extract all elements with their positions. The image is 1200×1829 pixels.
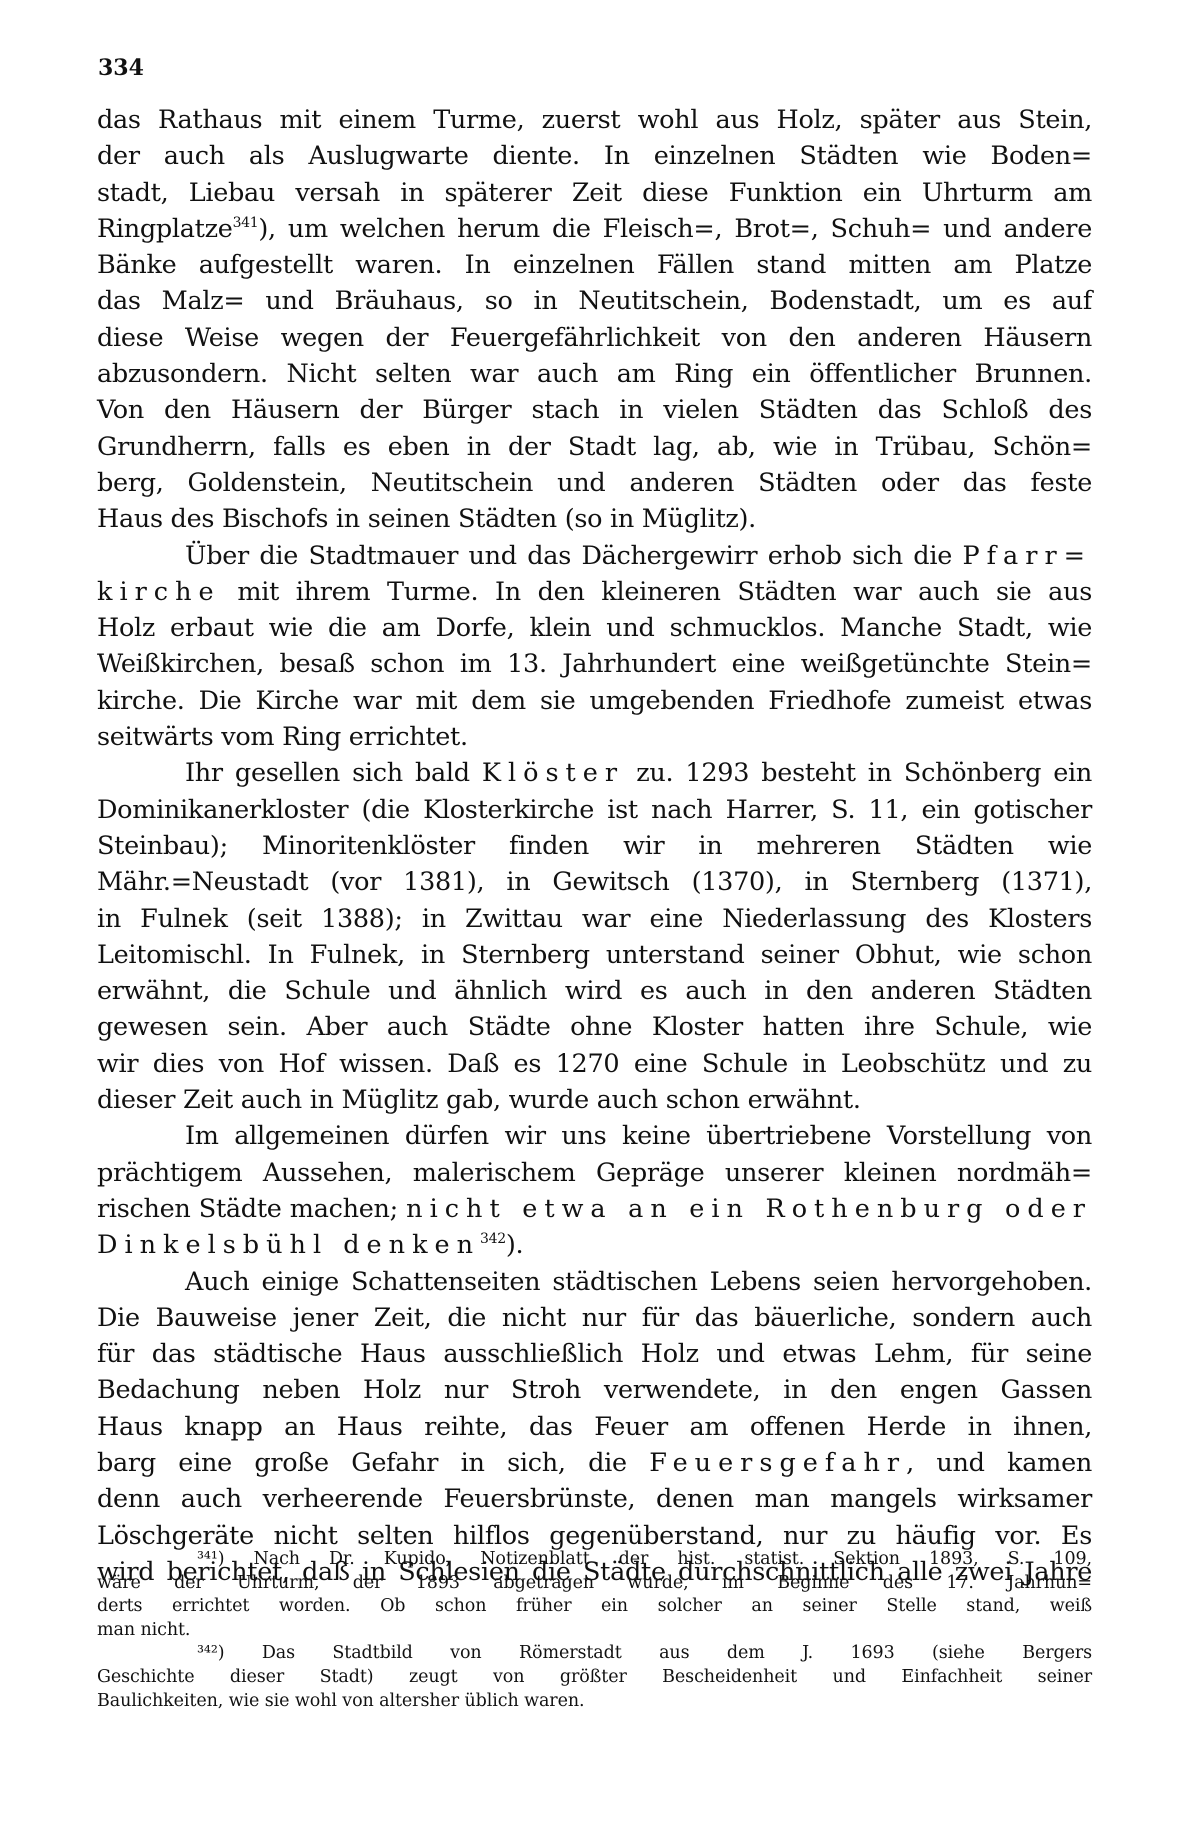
emphasized-text: Feuersgefahr <box>649 1448 906 1478</box>
text-line: Ihr gesellen sich bald Klöster zu. 1293 … <box>97 755 1092 791</box>
line-text: , und kamen <box>906 1448 1092 1478</box>
footnote-reference: 341 <box>233 215 259 231</box>
text-line: Dinkelsbühl denken342). <box>97 1227 1092 1263</box>
line-text: Bedachung neben Holz nur Stroh verwendet… <box>97 1375 1092 1405</box>
text-line: wir dies von Hof wissen. Daß es 1270 ein… <box>97 1046 1092 1082</box>
text-line: Ringplatze341), um welchen herum die Fle… <box>97 211 1092 247</box>
line-text: Haus knapp an Haus reihte, das Feuer am … <box>97 1412 1092 1442</box>
line-text: Löschgeräte nicht selten hilflos gegenüb… <box>97 1521 1092 1551</box>
footnote-reference: 342 <box>480 1231 506 1247</box>
line-text: Ihr gesellen sich bald <box>185 758 482 788</box>
emphasized-text: Klöster <box>482 758 624 788</box>
text-line: barg eine große Gefahr in sich, die Feue… <box>97 1445 1092 1481</box>
line-text: Die Bauweise jener Zeit, die nicht nur f… <box>97 1303 1092 1333</box>
text-line: Dominikanerkloster (die Klosterkirche is… <box>97 792 1092 828</box>
text-line: Mähr.=Neustadt (vor 1381), in Gewitsch (… <box>97 864 1092 900</box>
line-text: Steinbau); Minoritenklöster finden wir i… <box>97 831 1092 861</box>
line-text: gewesen sein. Aber auch Städte ohne Klos… <box>97 1012 1092 1042</box>
line-text: Auch einige Schattenseiten städtischen L… <box>185 1267 1092 1297</box>
line-text: stadt, Liebau versah in späterer Zeit di… <box>97 178 1092 208</box>
emphasized-text: kirche <box>97 577 221 607</box>
text-line: dieser Zeit auch in Müglitz gab, wurde a… <box>97 1082 1092 1118</box>
text-line: für das städtische Haus ausschließlich H… <box>97 1336 1092 1372</box>
text-line: das Rathaus mit einem Turme, zuerst wohl… <box>97 102 1092 138</box>
text-line: kirche mit ihrem Turme. In den kleineren… <box>97 574 1092 610</box>
line-text: das Malz= und Bräuhaus, so in Neutitsche… <box>97 286 1092 316</box>
text-line: Auch einige Schattenseiten städtischen L… <box>97 1264 1092 1300</box>
text-line: Von den Häusern der Bürger stach in viel… <box>97 392 1092 428</box>
line-text: in Fulnek (seit 1388); in Zwittau war ei… <box>97 904 1092 934</box>
text-line: Haus knapp an Haus reihte, das Feuer am … <box>97 1409 1092 1445</box>
line-text: Weißkirchen, besaß schon im 13. Jahrhund… <box>97 649 1092 679</box>
line-text: denn auch verheerende Feuersbrünste, den… <box>97 1484 1092 1514</box>
line-text: Mähr.=Neustadt (vor 1381), in Gewitsch (… <box>97 867 1092 897</box>
text-line: seitwärts vom Ring errichtet. <box>97 719 1092 755</box>
line-text: dieser Zeit auch in Müglitz gab, wurde a… <box>97 1085 861 1115</box>
emphasized-text: nicht etwa an ein Rothenburg oder <box>406 1194 1092 1224</box>
page-number: 334 <box>98 55 144 81</box>
text-line: Die Bauweise jener Zeit, die nicht nur f… <box>97 1300 1092 1336</box>
text-line: Weißkirchen, besaß schon im 13. Jahrhund… <box>97 646 1092 682</box>
footnote-line: Baulichkeiten, wie sie wohl von altershe… <box>97 1690 1092 1714</box>
text-line: Steinbau); Minoritenklöster finden wir i… <box>97 828 1092 864</box>
line-text: Grundherrn, falls es eben in der Stadt l… <box>97 432 1092 462</box>
emphasized-text: Pfarr= <box>962 541 1092 571</box>
line-text: zu. 1293 besteht in Schönberg ein <box>624 758 1092 788</box>
line-text: rischen Städte machen; <box>97 1194 406 1224</box>
text-line: kirche. Die Kirche war mit dem sie umgeb… <box>97 683 1092 719</box>
text-line: gewesen sein. Aber auch Städte ohne Klos… <box>97 1009 1092 1045</box>
line-text: das Rathaus mit einem Turme, zuerst wohl… <box>97 105 1092 135</box>
text-line: erwähnt, die Schule und ähnlich wird es … <box>97 973 1092 1009</box>
body-text: das Rathaus mit einem Turme, zuerst wohl… <box>97 102 1092 1590</box>
line-text: ), um welchen herum die Fleisch=, Brot=,… <box>258 214 1092 244</box>
line-text: seitwärts vom Ring errichtet. <box>97 722 468 752</box>
text-line: Im allgemeinen dürfen wir uns keine über… <box>97 1118 1092 1154</box>
line-text: Ringplatze <box>97 214 233 244</box>
line-text: Bänke aufgestellt waren. In einzelnen Fä… <box>97 250 1092 280</box>
line-text: mit ihrem Turme. In den kleineren Städte… <box>221 577 1092 607</box>
text-line: der auch als Auslugwarte diente. In einz… <box>97 138 1092 174</box>
line-text: berg, Goldenstein, Neutitschein und ande… <box>97 468 1092 498</box>
line-text: abzusondern. Nicht selten war auch am Ri… <box>97 359 1092 389</box>
text-line: abzusondern. Nicht selten war auch am Ri… <box>97 356 1092 392</box>
line-text: barg eine große Gefahr in sich, die <box>97 1448 649 1478</box>
text-line: stadt, Liebau versah in späterer Zeit di… <box>97 175 1092 211</box>
text-line: denn auch verheerende Feuersbrünste, den… <box>97 1481 1092 1517</box>
line-text: Leitomischl. In Fulnek, in Sternberg unt… <box>97 940 1092 970</box>
line-text: ). <box>506 1230 523 1260</box>
footnote-line: man nicht. <box>97 1619 1092 1643</box>
line-text: für das städtische Haus ausschließlich H… <box>97 1339 1092 1369</box>
text-line: Grundherrn, falls es eben in der Stadt l… <box>97 429 1092 465</box>
text-line: Bedachung neben Holz nur Stroh verwendet… <box>97 1372 1092 1408</box>
line-text: Dominikanerkloster (die Klosterkirche is… <box>97 795 1092 825</box>
text-line: Über die Stadtmauer und das Dächergewirr… <box>97 538 1092 574</box>
text-line: rischen Städte machen; nicht etwa an ein… <box>97 1191 1092 1227</box>
text-line: das Malz= und Bräuhaus, so in Neutitsche… <box>97 283 1092 319</box>
text-line: in Fulnek (seit 1388); in Zwittau war ei… <box>97 901 1092 937</box>
emphasized-text: Dinkelsbühl denken <box>97 1230 480 1260</box>
line-text: Von den Häusern der Bürger stach in viel… <box>97 395 1092 425</box>
footnote-line: wäre der Uhrturm, der 1893 abgetragen wu… <box>97 1572 1092 1596</box>
footnote-line: ³⁴²) Das Stadtbild von Römerstadt aus de… <box>97 1642 1092 1666</box>
footnotes: ³⁴¹) Nach Dr. Kupido, Notizenblatt der h… <box>97 1548 1092 1713</box>
text-line: diese Weise wegen der Feuergefährlichkei… <box>97 320 1092 356</box>
footnote-line: derts errichtet worden. Ob schon früher … <box>97 1595 1092 1619</box>
footnote-line: Geschichte dieser Stadt) zeugt von größt… <box>97 1666 1092 1690</box>
line-text: erwähnt, die Schule und ähnlich wird es … <box>97 976 1092 1006</box>
text-line: prächtigem Aussehen, malerischem Gepräge… <box>97 1155 1092 1191</box>
line-text: Über die Stadtmauer und das Dächergewirr… <box>185 541 962 571</box>
line-text: der auch als Auslugwarte diente. In einz… <box>97 141 1092 171</box>
text-line: berg, Goldenstein, Neutitschein und ande… <box>97 465 1092 501</box>
text-line: Leitomischl. In Fulnek, in Sternberg unt… <box>97 937 1092 973</box>
text-line: Haus des Bischofs in seinen Städten (so … <box>97 501 1092 537</box>
line-text: kirche. Die Kirche war mit dem sie umgeb… <box>97 686 1092 716</box>
footnote-line: ³⁴¹) Nach Dr. Kupido, Notizenblatt der h… <box>97 1548 1092 1572</box>
text-line: Holz erbaut wie die am Dorfe, klein und … <box>97 610 1092 646</box>
line-text: diese Weise wegen der Feuergefährlichkei… <box>97 323 1092 353</box>
line-text: Holz erbaut wie die am Dorfe, klein und … <box>97 613 1092 643</box>
line-text: prächtigem Aussehen, malerischem Gepräge… <box>97 1158 1092 1188</box>
line-text: Im allgemeinen dürfen wir uns keine über… <box>185 1121 1092 1151</box>
line-text: Haus des Bischofs in seinen Städten (so … <box>97 504 756 534</box>
text-line: Bänke aufgestellt waren. In einzelnen Fä… <box>97 247 1092 283</box>
line-text: wir dies von Hof wissen. Daß es 1270 ein… <box>97 1049 1092 1079</box>
